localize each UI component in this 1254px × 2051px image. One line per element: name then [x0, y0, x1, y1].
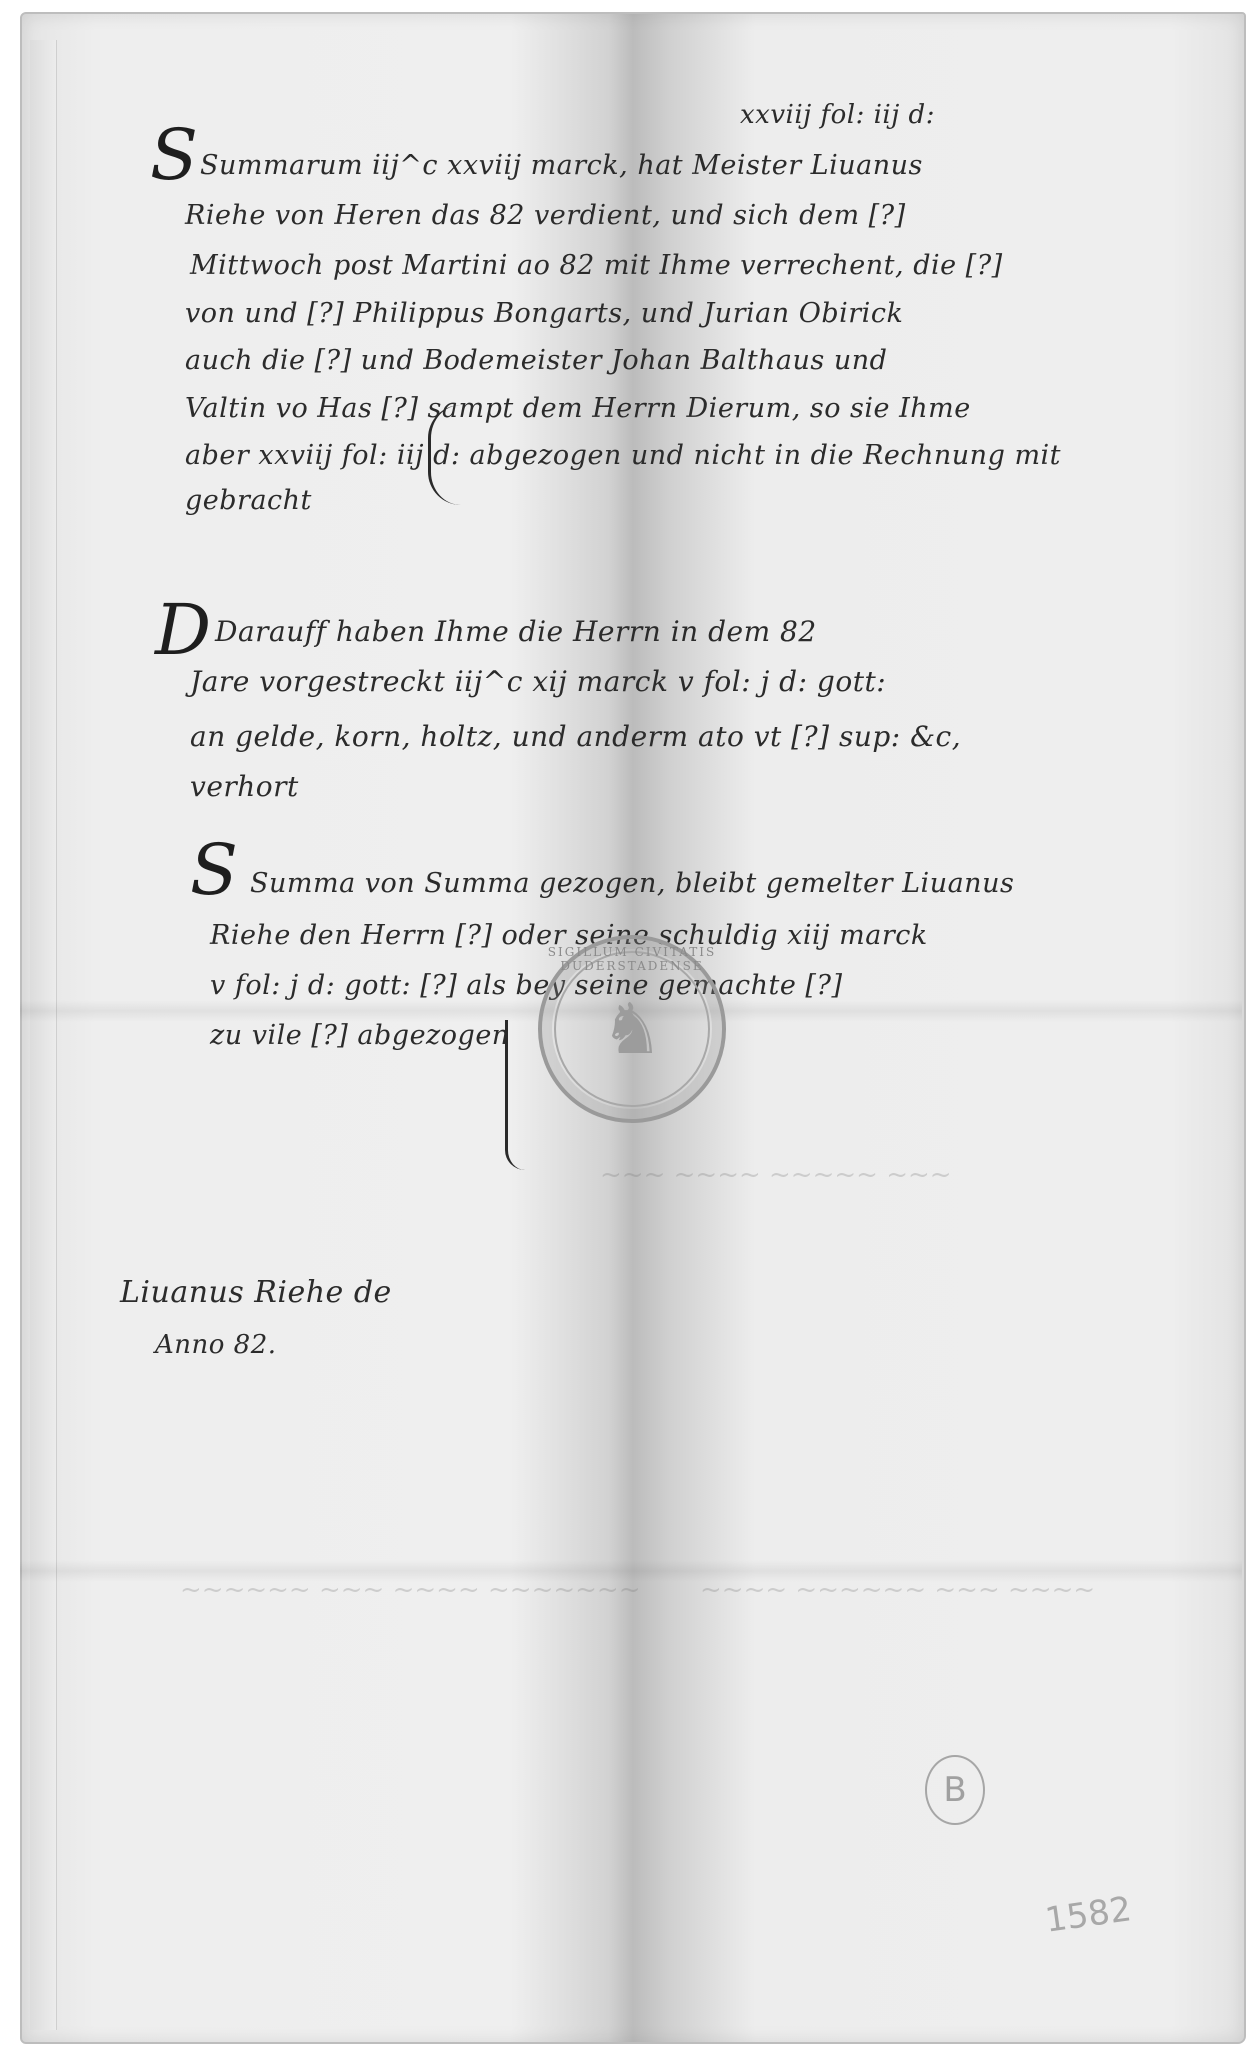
text-line: an gelde, korn, holtz, und anderm ato vt… — [190, 720, 961, 753]
text-line: Mittwoch post Martini ao 82 mit Ihme ver… — [190, 250, 1003, 281]
decorative-initial: S — [190, 835, 238, 905]
text-line: Valtin vo Has [?] sampt dem Herrn Dierum… — [185, 393, 971, 424]
text-line: gebracht — [185, 485, 312, 516]
seal-inner-ring — [554, 951, 710, 1107]
text-line: Summa von Summa gezogen, bleibt gemelter… — [250, 868, 1014, 899]
flourish-stroke — [505, 1020, 528, 1170]
circled-letter-mark: B — [925, 1755, 985, 1825]
endorsement-line: Liuanus Riehe de — [120, 1275, 392, 1310]
seal-legend: SIGILLUM CIVITATIS DUDERSTADENSE — [542, 945, 722, 973]
interlinear-amount: xxviij fol: iij d: — [740, 100, 935, 130]
text-line: zu vile [?] abgezogen — [210, 1020, 510, 1051]
sheet-left-margin-fold — [30, 40, 57, 2030]
text-line: verhort — [190, 770, 299, 803]
text-line: Summarum iij^c xxviij marck, hat Meister… — [200, 150, 923, 181]
bleed-through-text: ~~~ ~~~~ ~~~~~ ~~~ — [600, 1160, 952, 1190]
text-line: aber xxviij fol: iij d: abgezogen und ni… — [185, 440, 1061, 471]
bracket-mark — [428, 405, 461, 505]
city-seal-stamp: SIGILLUM CIVITATIS DUDERSTADENSE ♞ — [538, 935, 726, 1123]
text-line: Riehe von Heren das 82 verdient, und sic… — [185, 200, 906, 231]
text-line: v fol: j d: gott: [?] als bey seine gema… — [210, 970, 842, 1001]
text-line: auch die [?] und Bodemeister Johan Balth… — [185, 345, 887, 376]
decorative-initial: S — [150, 120, 198, 190]
text-line: Jare vorgestreckt iij^c xij marck v fol:… — [190, 665, 886, 698]
endorsement-line: Anno 82. — [155, 1330, 277, 1360]
decorative-initial: D — [155, 595, 211, 665]
text-line: Darauff haben Ihme die Herrn in dem 82 — [215, 615, 817, 648]
text-line: von und [?] Philippus Bongarts, und Juri… — [185, 298, 903, 329]
bleed-through-text: ~~~~~~ ~~~ ~~~~ ~~~~~~~ — [180, 1575, 641, 1605]
circled-letter: B — [943, 1770, 966, 1810]
bleed-through-text: ~~~~ ~~~~~~ ~~~ ~~~~ — [700, 1575, 1095, 1605]
